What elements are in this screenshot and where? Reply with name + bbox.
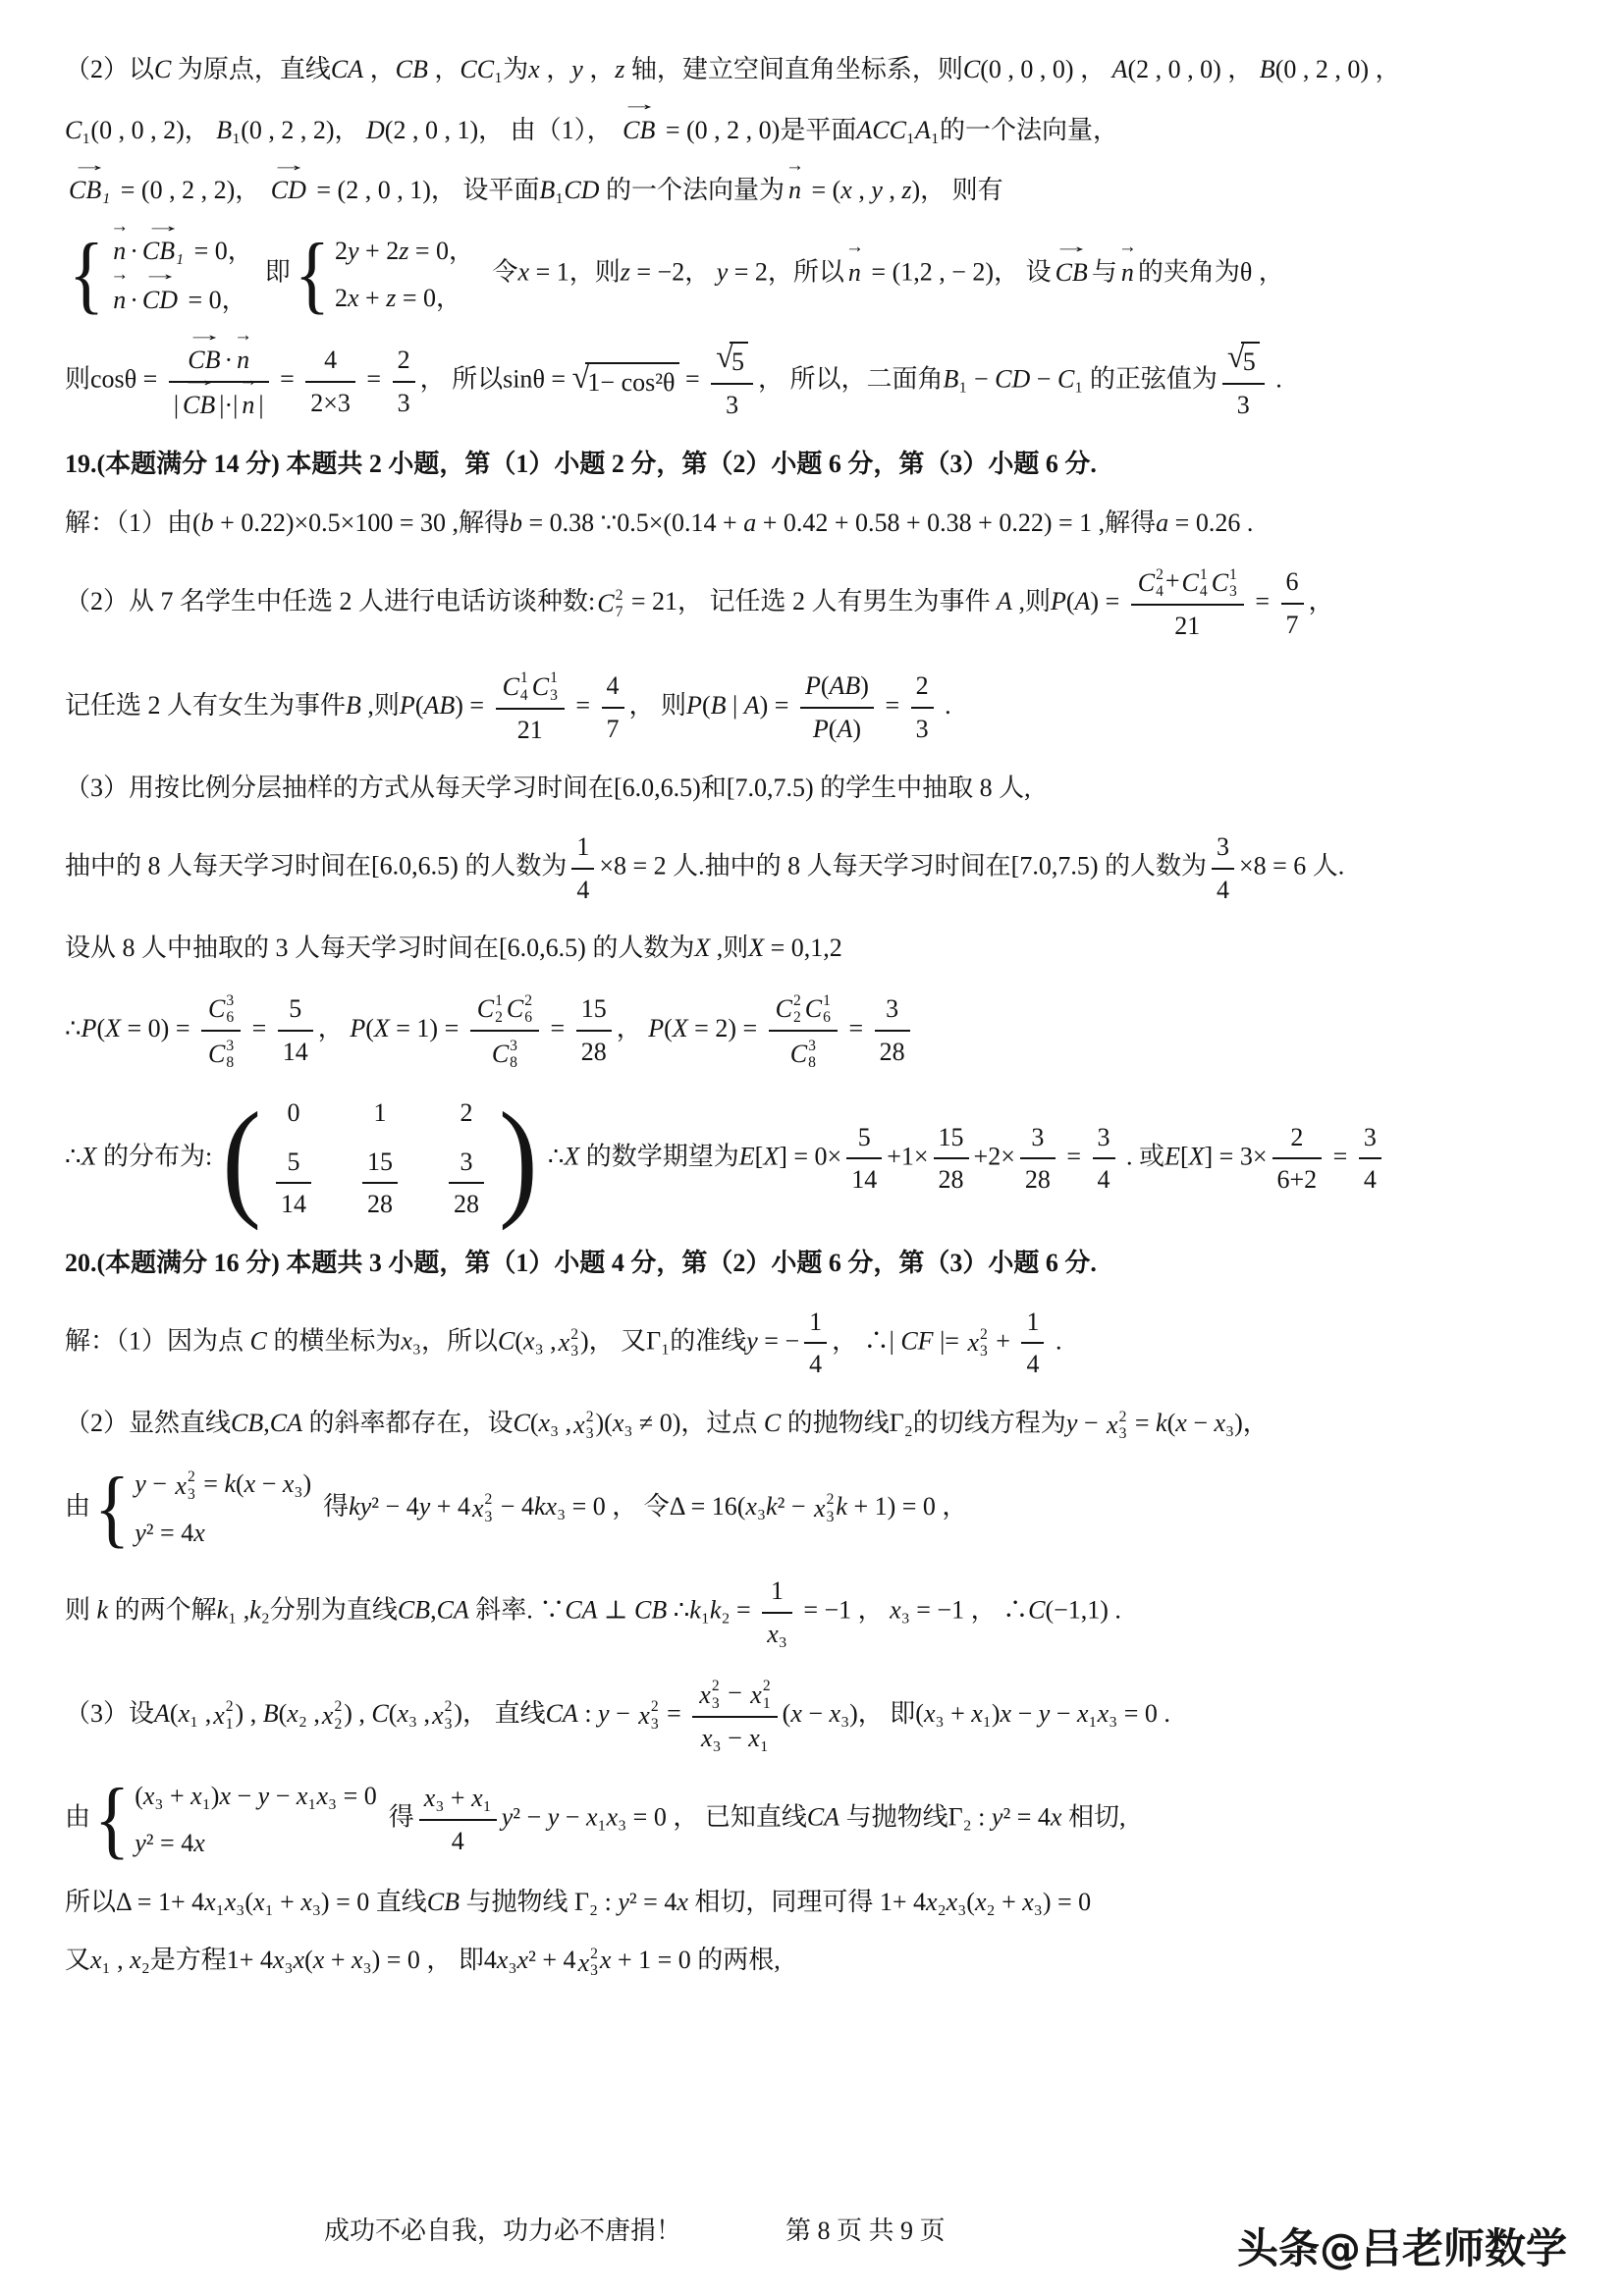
fraction-numerator: C24+C14C13 [1131,562,1244,604]
script-base: x [699,1677,711,1714]
fraction-numerator: 3 [1212,828,1234,868]
vector-name: n [788,176,801,204]
text-run: 4 [809,1350,822,1378]
math-variable: B [944,365,959,394]
q19-heading: 19.(本题满分 14 分) 本题共 2 小题，第（1）小题 2 分，第（2）小… [65,446,1569,483]
math-variable: AB [423,691,455,720]
cases-row: y² = 4x [135,1825,377,1862]
watermark-label: 头条@吕老师数学 [1237,2216,1567,2275]
fraction: x₃ + x₁4 [419,1780,497,1859]
base-with-scripts: C38 [208,1036,234,1073]
subscript: 3 [980,1343,988,1360]
math-variable: CB [427,1888,460,1916]
q19-part2-line1: （2）从 7 名学生中任选 2 人进行电话访谈种数:C27 = 21， 记任选 … [65,562,1569,645]
q19-part1: 解：（1）由(b + 0.22)×0.5×100 = 30 ,解得b = 0.3… [65,505,1569,542]
base-with-scripts: x23 [175,1468,194,1505]
vector: →n [788,170,801,209]
math-variable: A [1112,55,1128,83]
script-stack: 13 [1229,566,1237,601]
text-run: 0 [288,1098,300,1127]
math-variable: E [739,1142,755,1170]
base-with-scripts: x23 [699,1677,719,1714]
q20-part1: 解：（1）因为点 C 的横坐标为x₃，所以C(x₃ ,x23)， 又Γ₁的准线y… [65,1304,1569,1383]
math-variable: k [766,1492,778,1521]
fraction: √53 [711,341,753,424]
math-variable: x [273,1946,285,1974]
math-variable: A [154,1699,170,1728]
fraction-numerator: C22C16 [769,988,838,1030]
vector: →CB [623,110,655,149]
fraction: C22C16C38 [769,988,838,1073]
text-run: (x₃ + x₁)x − y − x₁x₃ = 0 [135,1782,377,1810]
vector: →n [113,280,126,319]
fraction: 1528 [362,1144,398,1223]
text-run: 1 [576,832,589,861]
superscript: 1 [1200,566,1208,583]
math-variable: z [615,55,624,83]
vector-name: n [113,237,126,265]
q20-part3-line4: 又x₁ , x₂是方程1+ 4x₃x(x + x₃) = 0 ， 即4x₃x² … [65,1942,1569,1981]
text-run: (x − x₃)， 即(x₃ + x₁)x − y − x₁x₃ = 0 . [783,1699,1170,1728]
text-run: ) , B(x₂ , [236,1699,320,1728]
script-stack: 22 [334,1698,342,1733]
text-run: 15 [367,1148,393,1176]
cases-row: y² = 4x [135,1515,311,1552]
cases-row: 2x + z = 0， [335,280,474,317]
text-run: = [679,365,707,394]
math-variable: a [743,508,756,537]
text-run: 2 [1290,1123,1303,1151]
text-run: 1 [374,1098,387,1127]
footer-motto: 成功不必自我，功力必不唐捐！ [324,2211,681,2247]
fraction-numerator: 15 [934,1119,969,1158]
text-run: x₃ − x₁ [701,1724,769,1752]
math-variable: CB [634,1596,667,1625]
text-run: 5 [731,347,744,376]
fraction-numerator: 5 [276,1144,311,1183]
vector: →n [242,385,254,424]
fraction-numerator: x₃ + x₁ [419,1780,497,1819]
fraction-numerator: √5 [711,341,753,383]
fraction-numerator: 1 [762,1573,792,1612]
base-with-scripts: x21 [213,1697,233,1735]
math-variable: CA [565,1596,597,1625]
script-base: C [507,990,523,1028]
text-run: 4 [452,1827,464,1855]
fraction: √53 [1222,341,1265,424]
superscript: 3 [226,1038,234,1054]
math-variable: B [1260,55,1275,83]
text-run: 4 [576,876,589,904]
fraction: 67 [1281,563,1304,643]
math-variable: x [401,1326,412,1355]
superscript: 3 [510,1038,517,1054]
text-run: 1 [1026,1308,1039,1336]
text-run: y² − y − x₁x₃ = 0 ， 已知直线CA 与抛物线Γ₂ : y² =… [502,1803,1126,1832]
text-run: 19.(本题满分 14 分) 本题共 2 小题，第（1）小题 2 分，第（2）小… [65,450,1097,478]
script-stack: 16 [823,992,831,1027]
fraction-numerator: 1 [571,828,594,868]
document-lines: （2）以C 为原点，直线CA ，CB ，CC₁为x ，y ，z 轴，建立空间直角… [0,0,1624,1981]
fraction-denominator: 21 [1131,604,1244,645]
fraction: 34 [1359,1119,1381,1199]
text-run: | [258,391,263,419]
vector-name: n [242,391,254,419]
fraction-numerator: 3 [1359,1119,1381,1158]
math-variable: CB [396,55,428,83]
script-base: C [805,990,822,1028]
text-run: 15 [581,994,607,1023]
q19-part3-line3: 设从 8 人中抽取的 3 人每天学习时间在[6.0,6.5) 的人数为X ,则X… [65,930,1569,967]
fraction: 1x₃ [762,1573,792,1652]
fraction: 34 [1093,1119,1115,1199]
script-base: C [477,990,494,1028]
script-base: C [492,1036,509,1073]
math-variable: x [1077,1699,1089,1728]
math-variable: x [300,1888,312,1916]
superscript: 2 [763,1678,771,1694]
math-variable: X [1189,1142,1205,1170]
math-variable: k [1156,1409,1167,1437]
vector-name: CB₁ [142,237,184,265]
fraction-numerator: C12C26 [470,988,539,1030]
math-variable: x [1051,1803,1062,1832]
text-run: 1 [809,1308,822,1336]
fraction: 328 [449,1144,484,1223]
math-variable: C [498,1326,514,1355]
subscript: 6 [823,1009,831,1026]
math-variable: x [179,1699,190,1728]
text-run: 由 [65,1492,90,1521]
math-variable: k [224,1469,236,1498]
script-base: C [1212,564,1228,602]
math-variable: CA [546,1699,578,1728]
vector-name: n [1121,258,1134,287]
vector: →n [1121,252,1134,292]
math-variable: AB [830,671,861,700]
text-run: 由 [65,1803,90,1832]
text-run: . [1049,1326,1061,1355]
text-run: 5 [288,1148,300,1176]
vector-arrow-icon: → [140,266,179,285]
text-run: ∴X 的分布为: [65,1142,212,1170]
text-run: )， 又Γ₁的准线y = − [580,1326,799,1355]
cases-group: {y − x23 = k(x − x₃)y² = 4x [94,1466,311,1552]
vector-arrow-icon: → [143,218,182,237]
math-variable: k [217,1596,229,1625]
superscript: 2 [226,1698,234,1715]
math-variable: B [216,116,232,144]
text-run: ×8 = 2 人.抽中的 8 人每天学习时间在[7.0,7.5) 的人数为 [599,852,1207,881]
matrix-paren-icon: ) [499,1104,538,1212]
fraction-numerator: 3 [1093,1119,1115,1158]
text-run: 得ky² − 4y + 4 [323,1492,470,1521]
text-run: 2x + z = 0， [335,284,461,312]
text-run: 3 [1098,1123,1110,1151]
text-run: · [130,237,138,265]
subscript: 6 [524,1009,532,1026]
q20-part3-system: 由{(x₃ + x₁)x − y − x₁x₃ = 0y² = 4x得x₃ + … [65,1778,1569,1861]
vector-name: CB [1056,258,1088,287]
math-variable: x [497,1946,509,1974]
math-variable: x [204,1888,216,1916]
fraction-denominator: x₃ − x₁ [692,1716,777,1757]
text-run: 7 [1286,611,1299,639]
text-run: 又x₁ , x₂是方程1+ 4x₃x(x + x₃) = 0 ， 即4x₃x² … [65,1946,576,1974]
script-stack: 23 [570,1326,578,1361]
math-variable: X [374,1014,390,1042]
math-variable: x [1175,1409,1187,1437]
subscript: 1 [226,1716,234,1733]
math-variable: P [1051,587,1066,615]
math-variable: X [105,1014,121,1042]
math-variable: x [947,1888,958,1916]
text-run: k + 1) = 0 ， [836,1492,967,1521]
script-stack: 27 [616,587,623,621]
text-run: 2 [916,671,929,700]
exam-solution-page: （2）以C 为原点，直线CA ，CB ，CC₁为x ，y ，z 轴，建立空间直角… [0,0,1624,2296]
base-with-scripts: C24 [1138,564,1164,602]
math-variable: y [258,1782,270,1810]
script-stack: 21 [226,1698,234,1733]
text-run: · [224,346,233,374]
superscript: 1 [823,992,831,1009]
fraction: 47 [602,667,624,747]
script-base: C [503,668,519,706]
math-variable: C [371,1699,388,1728]
fraction-denominator: 14 [276,1182,311,1223]
fraction-denominator: 28 [875,1030,910,1071]
superscript: 2 [651,1698,659,1715]
fraction-numerator: 1 [1021,1304,1044,1343]
text-run: x₃ [767,1620,787,1648]
text-run: 5 [858,1123,871,1151]
text-run: = 21， 记任选 2 人有男生为事件 A ,则P(A) = [624,587,1125,615]
script-stack: 38 [226,1038,234,1072]
script-base: C [790,1036,807,1073]
fraction-denominator: |→CB|·|→n| [169,381,269,424]
math-variable: z [386,284,396,312]
matrix-cell: 514 [271,1144,316,1223]
fraction: 514 [846,1119,882,1199]
text-run: 14 [851,1165,877,1194]
math-variable: CA [331,55,363,83]
math-variable: x [143,1782,155,1810]
q20-part2-system: 由{y − x23 = k(x − x₃)y² = 4x得ky² − 4y + … [65,1466,1569,1552]
text-run: 3 [886,994,898,1023]
cases-row: →n·→CD = 0， [109,280,253,319]
text-run: 得 [389,1803,414,1832]
text-run: 2 [398,346,410,374]
math-variable: C [514,1409,530,1437]
text-run: 所以Δ = 1+ 4x₁x₃(x₁ + x₃) = 0 直线CB 与抛物线 Γ₂… [65,1888,1091,1916]
math-variable: x [190,1782,202,1810]
text-run: 14 [281,1190,306,1218]
text-run: = [274,365,301,394]
script-base: x [578,1945,590,1982]
vector-arrow-icon: → [620,96,658,115]
superscript: 3 [808,1038,816,1054]
superscript: 1 [1229,566,1237,583]
fraction-numerator: C14C13 [496,667,565,708]
vector-name: CB [623,116,655,144]
vector-name: n [848,258,861,287]
fraction-numerator: 1 [804,1304,827,1343]
fraction-denominator: 4 [804,1342,827,1383]
fraction: x23 − x21x₃ − x₁ [692,1675,777,1757]
text-run: （2）以C 为原点，直线CA ，CB ，CC₁为x ，y ，z 轴，建立空间直角… [65,55,1401,83]
fraction-numerator: 3 [449,1144,484,1183]
base-with-scripts: C13 [532,668,558,706]
text-run: ) , C(x₃ , [344,1699,430,1728]
fraction-numerator: 5 [846,1119,882,1158]
text-run: = 0， [182,286,247,314]
script-stack: 23 [712,1678,720,1712]
math-variable: B [346,691,361,720]
vector-arrow-icon: → [180,372,218,391]
math-variable: x [613,1409,624,1437]
math-variable: P [400,691,415,720]
text-run: 3 [916,715,929,743]
fraction-numerator: P(AB) [800,667,874,707]
text-run: 2 [460,1098,473,1127]
fraction: P(AB)P(A) [800,667,874,747]
text-run: = [842,1014,870,1042]
fraction-numerator: 15 [576,990,612,1030]
math-variable: y [1039,1699,1051,1728]
base-with-scripts: x23 [559,1324,578,1362]
cases-row: (x₃ + x₁)x − y − x₁x₃ = 0 [135,1778,377,1815]
script-stack: 23 [827,1491,835,1525]
text-run: )， 直线CA : y − [454,1699,636,1728]
vector: →CD [271,170,306,209]
superscript: 2 [1119,1409,1127,1425]
vector-arrow-icon: → [185,327,223,346]
cases-row: y − x23 = k(x − x₃) [135,1466,311,1505]
text-run: 28 [880,1038,905,1066]
text-run: （2）从 7 名学生中任选 2 人进行电话访谈种数: [65,587,595,615]
math-variable: C [963,55,980,83]
text-run: 记任选 2 人有女生为事件B ,则P(AB) = [65,691,491,720]
script-base: x [967,1324,979,1362]
text-run: · [130,286,138,314]
math-variable: C [250,1326,267,1355]
math-variable: a [1156,508,1168,537]
superscript: 2 [188,1468,195,1485]
text-run: （3）用按比例分层抽样的方式从每天学习时间在[6.0,6.5)和[7.0,7.5… [65,774,1031,802]
math-variable: B [263,1699,279,1728]
base-with-scripts: C38 [790,1036,816,1073]
subscript: 3 [485,1509,493,1525]
script-base: C [597,585,614,622]
superscript: 2 [590,1946,598,1962]
math-variable: x [193,1829,205,1857]
base-with-scripts: C38 [492,1036,517,1073]
math-variable: x [971,1699,983,1728]
math-variable: A [997,587,1012,615]
script-stack: 21 [763,1678,771,1712]
base-with-scripts: C26 [507,990,532,1028]
base-with-scripts: C36 [208,990,234,1028]
vector-arrow-icon: → [269,157,307,176]
vector-name: n [113,286,126,314]
math-variable: x [840,176,852,204]
superscript: 1 [520,669,528,686]
math-variable: y [502,1803,514,1832]
text-run: 6+2 [1277,1165,1318,1194]
script-base: x [432,1697,444,1735]
text-run: = [544,1014,571,1042]
fraction-denominator: C38 [470,1030,539,1073]
fraction: →CB·→n|→CB|·|→n| [169,340,269,423]
script-base: x [573,1407,585,1444]
fraction-denominator: P(A) [800,707,874,748]
script-stack: 23 [485,1491,493,1525]
sol17-part2-line3: →CB₁ = (0 , 2 , 2)， →CD = (2 , 0 , 1)， 设… [65,170,1569,209]
math-variable: x [607,1803,619,1832]
math-variable: CD [995,365,1030,394]
text-run: ， P(X = 2) = [617,1014,764,1042]
math-variable: CA [807,1803,839,1832]
script-stack: 36 [226,992,234,1027]
math-variable: x [890,1596,901,1625]
math-variable: x [283,1469,295,1498]
vector: →n [848,252,861,292]
text-run: = (0 , 2 , 0)是平面ACC₁A₁的一个法向量， [659,116,1118,144]
matrix-cell: 328 [444,1144,489,1223]
base-with-scripts: C22 [776,990,801,1028]
text-run: 21 [1174,612,1200,640]
math-variable: x [701,1724,713,1752]
text-run: x + 1 = 0 的两根, [600,1946,781,1974]
math-variable: k [689,1596,701,1625]
fraction-denominator: 3 [711,383,753,424]
math-variable: X [763,1142,779,1170]
text-run: ， 所以，二面角B₁ − CD − C₁ 的正弦值为 [758,365,1218,394]
base-with-scripts: x23 [578,1945,598,1982]
text-run: = −1 ， x₃ = −1 ， ∴C(−1,1) . [797,1596,1121,1625]
text-run: = [879,691,906,720]
subscript: 2 [334,1716,342,1733]
fraction: 23 [911,667,934,747]
text-run: y² = 4x [135,1519,205,1547]
base-with-scripts: x23 [573,1407,593,1444]
math-variable: x [528,55,540,83]
cases-rows: (x₃ + x₁)x − y − x₁x₃ = 0y² = 4x [135,1778,377,1861]
text-run: 即 [265,258,291,287]
text-run: 6 [1286,567,1299,596]
fraction: 514 [278,990,313,1070]
math-variable: k [249,1596,261,1625]
script-base: C [532,668,549,706]
text-run: . 或E[X] = 3× [1120,1142,1268,1170]
base-with-scripts: x21 [750,1677,770,1714]
fraction-denominator: C38 [769,1030,838,1073]
script-stack: 23 [651,1698,659,1733]
math-variable: y [419,1492,431,1521]
fraction-denominator: 7 [1281,603,1304,644]
fraction-denominator: 6+2 [1272,1157,1323,1199]
script-base: x [638,1697,650,1735]
fraction: 328 [1020,1119,1056,1199]
cases-rows: 2y + 2z = 0，2x + z = 0， [335,233,474,316]
base-with-scripts: x23 [967,1324,987,1362]
vector-arrow-icon: → [785,157,804,176]
subscript: 3 [1119,1425,1127,1442]
script-stack: 38 [808,1038,816,1072]
math-variable: z [621,258,630,287]
superscript: 3 [226,992,234,1009]
